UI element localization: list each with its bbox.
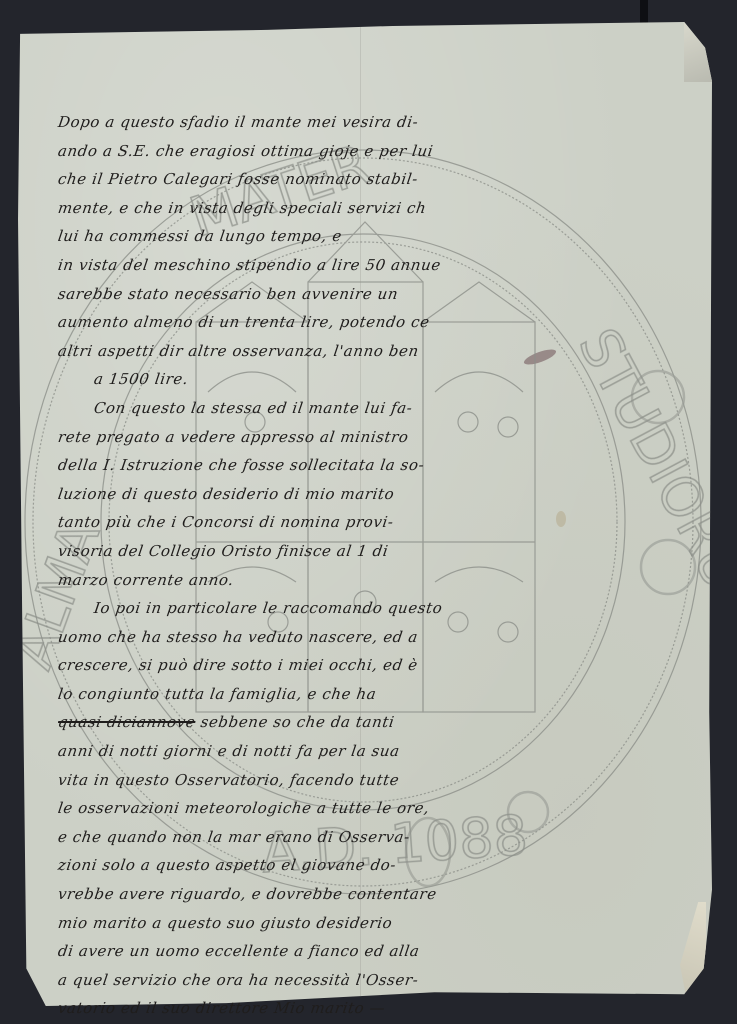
letter-line: in vista del meschino stipendio a lire 5… (56, 251, 680, 280)
letter-line: a quel servizio che ora ha necessità l'O… (56, 966, 680, 995)
letter-line: marzo corrente anno. (56, 566, 680, 595)
letter-line: Io poi in particolare le raccomando ques… (56, 594, 680, 623)
letter-line: ando a S.E. che eragiosi ottima gioje e … (56, 137, 680, 166)
letter-line: Dopo a questo sfadio il mante mei vesira… (56, 108, 680, 137)
letter-line: crescere, si può dire sotto i miei occhi… (56, 651, 680, 680)
letter-line: tanto più che i Concorsi di nomina provi… (56, 508, 680, 537)
letter-line: zioni solo a questo aspetto el giovane d… (56, 851, 680, 880)
letter-line-remainder: sebbene so che da tanti (199, 713, 395, 731)
letter-line: mente, e che in vista degli speciali ser… (56, 194, 680, 223)
letter-line: lo congiunto tutta la famiglia, e che ha (56, 680, 680, 709)
letter-line: luzione di questo desiderio di mio marit… (56, 480, 680, 509)
letter-line: vrebbe avere riguardo, e dovrebbe conten… (56, 880, 680, 909)
handwritten-letter-body: Dopo a questo sfadio il mante mei vesira… (58, 108, 678, 1023)
letter-line: vita in questo Osservatorio, facendo tut… (56, 766, 680, 795)
letter-line: uomo che ha stesso ha veduto nascere, ed… (56, 623, 680, 652)
letter-line: visoria del Collegio Oristo finisce al 1… (56, 537, 680, 566)
letter-line: sarebbe stato necessario ben avvenire un (56, 280, 680, 309)
letter-line: a 1500 lire. (56, 365, 680, 394)
letter-line: Con questo la stessa ed il mante lui fa- (56, 394, 680, 423)
letter-line: che il Pietro Calegari fosse nominato st… (56, 165, 680, 194)
letter-line: mio marito a questo suo giusto desiderio (56, 909, 680, 938)
letter-line: e che quando non la mar erano di Osserva… (56, 823, 680, 852)
struck-text: quasi diciannove (57, 713, 197, 731)
letter-line: aumento almeno di un trenta lire, potend… (56, 308, 680, 337)
letter-line: lui ha commessi da lungo tempo, e (56, 222, 680, 251)
letter-line: altri aspetti dir altre osservanza, l'an… (56, 337, 680, 366)
letter-line: le osservazioni meteorologiche a tutte l… (56, 794, 680, 823)
letter-line: della I. Istruzione che fosse sollecitat… (56, 451, 680, 480)
letter-line: di avere un uomo eccellente a fianco ed … (56, 937, 680, 966)
letter-line: rete pregato a vedere appresso al minist… (56, 423, 680, 452)
letter-line: anni di notti giorni e di notti fa per l… (56, 737, 680, 766)
letter-line-with-strikethrough: quasi diciannove sebbene so che da tanti (56, 708, 680, 737)
letter-line: vatorio ed il suo direttore Mio marito — (56, 994, 680, 1023)
